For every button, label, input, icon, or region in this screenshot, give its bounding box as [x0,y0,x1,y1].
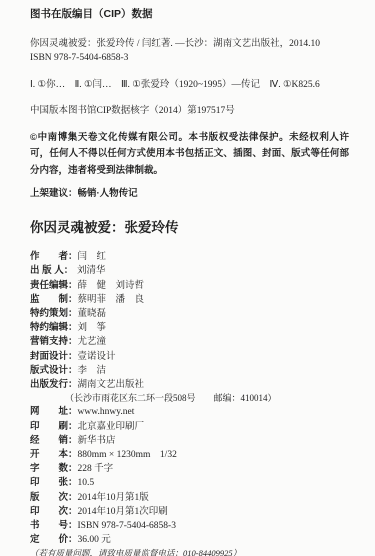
colophon-row: 营销支持：尤艺潼 [30,335,349,349]
colophon-row: 印 刷：北京嘉业印刷厂 [30,420,349,434]
book-title: 你因灵魂被爱：张爱玲传 [30,220,349,236]
cip-record-number: 中国版本图书馆CIP数据核字（2014）第197517号 [30,105,349,118]
quality-note: （若有质量问题，请致电质量监督电话：010-84409925） [30,547,349,556]
colophon-row-value: 蔡明菲 潘 良 [78,295,145,305]
colophon-rows-top: 作 者：闫 红出 版 人：刘清华责任编辑：薛 健 刘诗哲监 制：蔡明菲 潘 良特… [30,250,349,392]
colophon-row: 字 数：228 千字 [30,462,349,476]
colophon-row-value: 880mm × 1230mm 1/32 [78,450,177,460]
colophon-row-value: www.hnwy.net [78,407,135,417]
colophon-row-label: 定 价： [30,533,78,546]
colophon-row-value: ISBN 978-7-5404-6858-3 [78,521,176,531]
cip-entry-line1: 你因灵魂被爱：张爱玲传 / 闫红著. —长沙：湖南文艺出版社，2014.10 [30,38,349,52]
colophon-row-label: 印 刷： [30,420,78,433]
colophon-row-value: 尤艺潼 [78,337,107,347]
colophon-row-label: 特约编辑： [30,321,78,334]
copyright-page: 图书在版编目（CIP）数据 你因灵魂被爱：张爱玲传 / 闫红著. —长沙：湖南文… [0,0,375,556]
colophon-row: 特约策划：董晓磊 [30,307,349,321]
cip-header: 图书在版编目（CIP）数据 [30,8,349,21]
colophon-row-value: 壹诺设计 [78,352,116,362]
cip-entry: 你因灵魂被爱：张爱玲传 / 闫红著. —长沙：湖南文艺出版社，2014.10 I… [30,38,349,65]
colophon-row: 定 价：36.00 元 [30,533,349,547]
colophon-row-value: 董晓磊 [78,309,107,319]
colophon-row: 网 址：www.hnwy.net [30,405,349,419]
colophon-row-label: 营销支持： [30,335,78,348]
colophon-row-value: 湖南文艺出版社 [78,380,145,390]
copyright-notice: ©中南博集天卷文化传媒有限公司。本书版权受法律保护。未经权利人许可，任何人不得以… [30,130,349,179]
colophon-row-label: 出版发行： [30,378,78,391]
colophon-row-label: 书 号： [30,519,78,532]
colophon-row: 经 销：新华书店 [30,434,349,448]
colophon-row: 印 张：10.5 [30,476,349,490]
colophon-row-label: 封面设计： [30,350,78,363]
colophon-row-value: 10.5 [78,478,95,488]
colophon-row: 出版发行：湖南文艺出版社 [30,378,349,392]
colophon-row: 出 版 人：刘清华 [30,264,349,278]
colophon-rows-bottom: 网 址：www.hnwy.net印 刷：北京嘉业印刷厂经 销：新华书店开 本：8… [30,405,349,547]
colophon-row-label: 作 者： [30,250,78,263]
colophon-row-label: 网 址： [30,405,78,418]
colophon-row-label: 字 数： [30,462,78,475]
colophon-row-label: 监 制： [30,293,78,306]
colophon-row-label: 印 次： [30,505,78,518]
colophon-row-value: 北京嘉业印刷厂 [78,422,145,432]
colophon-row-label: 经 销： [30,434,78,447]
colophon-row-label: 版式设计： [30,364,78,377]
colophon: 作 者：闫 红出 版 人：刘清华责任编辑：薛 健 刘诗哲监 制：蔡明菲 潘 良特… [30,250,349,556]
colophon-row: 封面设计：壹诺设计 [30,350,349,364]
colophon-row: 作 者：闫 红 [30,250,349,264]
shelf-advice: 上架建议：畅销·人物传记 [30,187,349,200]
colophon-row-label: 出 版 人： [30,264,77,277]
colophon-row-label: 责任编辑： [30,279,78,292]
colophon-row-label: 印 张： [30,476,78,489]
colophon-row-label: 特约策划： [30,307,78,320]
colophon-row: 印 次：2014年10月第1次印刷 [30,505,349,519]
colophon-row-label: 开 本： [30,448,78,461]
colophon-row-value: 闫 红 [78,252,107,262]
colophon-row-value: 36.00 元 [78,535,111,545]
publisher-address: （长沙市雨花区东二环一段508号 邮编：410014） [30,392,349,405]
colophon-row: 版式设计：李 洁 [30,364,349,378]
colophon-row-value: 2014年10月第1版 [78,493,149,503]
colophon-row-value: 薛 健 刘诗哲 [78,281,145,291]
colophon-row-value: 李 洁 [78,366,107,376]
colophon-row: 监 制：蔡明菲 潘 良 [30,293,349,307]
colophon-row: 版 次：2014年10月第1版 [30,491,349,505]
cip-entry-isbn: ISBN 978-7-5404-6858-3 [30,52,349,66]
colophon-row-value: 228 千字 [78,464,114,474]
colophon-row-value: 2014年10月第1次印刷 [78,507,168,517]
colophon-row: 特约编辑：刘 筝 [30,321,349,335]
colophon-row: 责任编辑：薛 健 刘诗哲 [30,279,349,293]
colophon-row-value: 刘清华 [77,266,106,276]
colophon-row: 开 本：880mm × 1230mm 1/32 [30,448,349,462]
colophon-row-value: 新华书店 [78,436,116,446]
cip-classification: Ⅰ. ①你… Ⅱ. ①闫… Ⅲ. ①张爱玲（1920~1995）—传记 Ⅳ. ①… [30,79,349,92]
colophon-row: 书 号：ISBN 978-7-5404-6858-3 [30,519,349,533]
colophon-row-value: 刘 筝 [78,323,107,333]
colophon-row-label: 版 次： [30,491,78,504]
